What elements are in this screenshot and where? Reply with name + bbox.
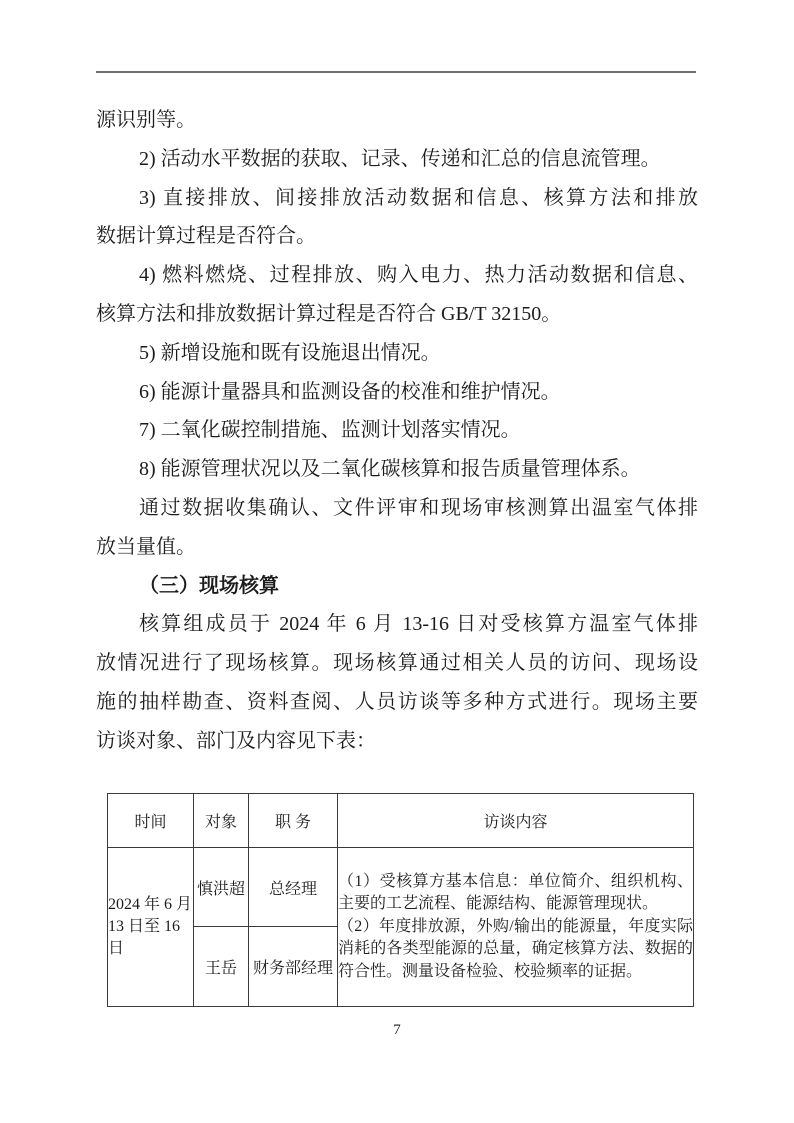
- content-paragraph-2: （2）年度排放源，外购/输出的能源量，年度实际消耗的各类型能源的总量，确定核算方…: [338, 916, 693, 984]
- content-paragraph-1: （1）受核算方基本信息：单位简介、组织机构、主要的工艺流程、能源结构、能源管理现…: [338, 871, 693, 916]
- body-line-2: 2) 活动水平数据的获取、记录、传递和汇总的信息流管理。: [96, 140, 698, 179]
- body-line-9: 7) 二氧化碳控制措施、监测计划落实情况。: [96, 411, 698, 450]
- body-line-14: 核算组成员于 2024 年 6 月 13-16 日对受核算方温室气体排: [96, 605, 698, 644]
- body-line-4: 数据计算过程是否符合。: [96, 217, 698, 256]
- header-rule: [96, 71, 696, 73]
- document-page: 源识别等。 2) 活动水平数据的获取、记录、传递和汇总的信息流管理。 3) 直接…: [0, 0, 794, 1123]
- body-line-11: 通过数据收集确认、文件评审和现场审核测算出温室气体排: [96, 489, 698, 528]
- body-line-3: 3) 直接排放、间接排放活动数据和信息、核算方法和排放: [96, 179, 698, 218]
- body-line-1: 源识别等。: [96, 101, 698, 140]
- time-line-1: 2024 年 6 月: [108, 894, 193, 916]
- table-row: 2024 年 6 月 13 日至 16 日 慎洪超 总经理 （1）受核算方基本信…: [108, 848, 694, 927]
- body-line-6: 核算方法和排放数据计算过程是否符合 GB/T 32150。: [96, 295, 698, 334]
- time-cell: 2024 年 6 月 13 日至 16 日: [108, 848, 194, 1007]
- body-line-7: 5) 新增设施和既有设施退出情况。: [96, 334, 698, 373]
- col-header-person: 对象: [194, 794, 249, 848]
- person-cell: 慎洪超: [194, 848, 249, 927]
- interview-content-cell: （1）受核算方基本信息：单位简介、组织机构、主要的工艺流程、能源结构、能源管理现…: [338, 848, 694, 1007]
- body-line-16: 施的抽样勘查、资料查阅、人员访谈等多种方式进行。现场主要: [96, 683, 698, 722]
- body-line-5: 4) 燃料燃烧、过程排放、购入电力、热力活动数据和信息、: [96, 256, 698, 295]
- section-heading: （三）现场核算: [96, 567, 698, 606]
- body-line-10: 8) 能源管理状况以及二氧化碳核算和报告质量管理体系。: [96, 450, 698, 489]
- time-line-3: 日: [108, 938, 193, 960]
- body-line-8: 6) 能源计量器具和监测设备的校准和维护情况。: [96, 373, 698, 412]
- interview-table: 时间 对象 职 务 访谈内容 2024 年 6 月 13 日至 16 日 慎洪超…: [107, 793, 694, 1007]
- body-line-15: 放情况进行了现场核算。现场核算通过相关人员的访问、现场设: [96, 644, 698, 683]
- title-cell: 财务部经理: [249, 927, 338, 1007]
- col-header-title: 职 务: [249, 794, 338, 848]
- person-cell: 王岳: [194, 927, 249, 1007]
- title-cell: 总经理: [249, 848, 338, 927]
- col-header-time: 时间: [108, 794, 194, 848]
- page-number: 7: [0, 1019, 794, 1041]
- body-line-17: 访谈对象、部门及内容见下表：: [96, 722, 698, 761]
- body-line-12: 放当量值。: [96, 528, 698, 567]
- time-line-2: 13 日至 16: [108, 916, 193, 938]
- table-header-row: 时间 对象 职 务 访谈内容: [108, 794, 694, 848]
- col-header-content: 访谈内容: [338, 794, 694, 848]
- body-text-block: 源识别等。 2) 活动水平数据的获取、记录、传递和汇总的信息流管理。 3) 直接…: [96, 101, 698, 761]
